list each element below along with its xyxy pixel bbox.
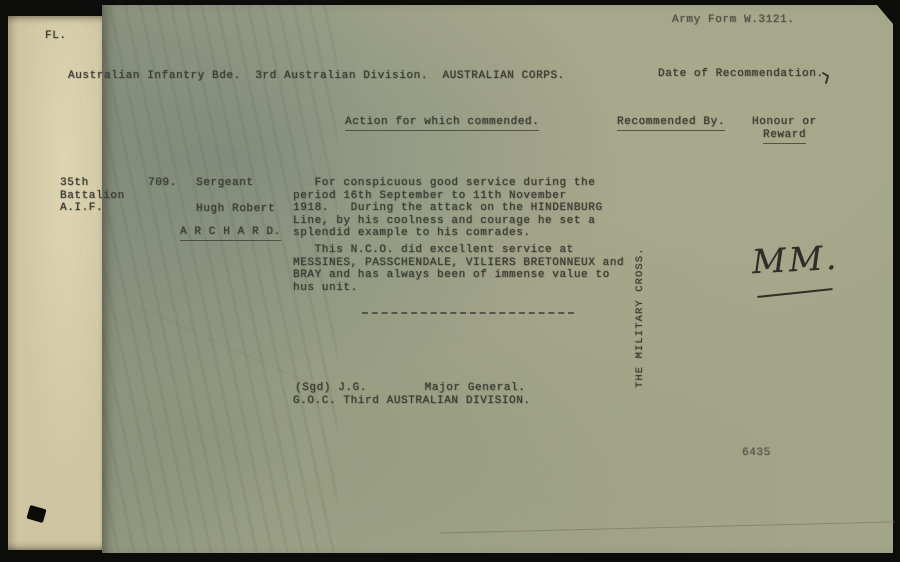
citation-paragraph-1: For conspicuous good service during the …: [293, 177, 603, 240]
pen-mark-icon: [822, 72, 830, 84]
reference-number: 6435: [742, 447, 771, 460]
column-header-action: Action for which commended.: [345, 116, 539, 131]
vertical-stamp-military-cross: THE MILITARY CROSS.: [634, 228, 646, 388]
citation-paragraph-2: This N.C.O. did excellent service at MES…: [293, 244, 624, 294]
typed-divider: [362, 312, 574, 314]
soldier-rank: Sergeant: [196, 177, 254, 190]
scanned-document: FL. Army Form W.3121. Australian Infantr…: [0, 0, 900, 562]
signature-line-2: G.O.C. Third AUSTRALIAN DIVISION.: [293, 395, 531, 408]
column-header-honour-line1: Honour or: [752, 116, 817, 129]
soldier-unit: 35th Battalion A.I.F.: [60, 177, 125, 215]
soldier-surname: A R C H A R D.: [180, 226, 281, 241]
signature-line-1: (Sgd) J.G. Major General.: [295, 382, 525, 395]
soldier-service-number: 709.: [148, 177, 177, 190]
page-mark: FL.: [45, 30, 67, 43]
handwritten-award-mm: MM.: [751, 238, 840, 282]
column-header-recommended-by: Recommended By.: [617, 116, 725, 131]
date-of-recommendation-label: Date of Recommendation.: [658, 68, 824, 81]
column-header-honour-line2: Reward: [763, 129, 806, 144]
form-number: Army Form W.3121.: [672, 14, 794, 27]
soldier-given-names: Hugh Robert: [196, 203, 275, 216]
paper-fold-strip: [8, 16, 112, 550]
unit-line: Australian Infantry Bde. 3rd Australian …: [68, 70, 565, 83]
